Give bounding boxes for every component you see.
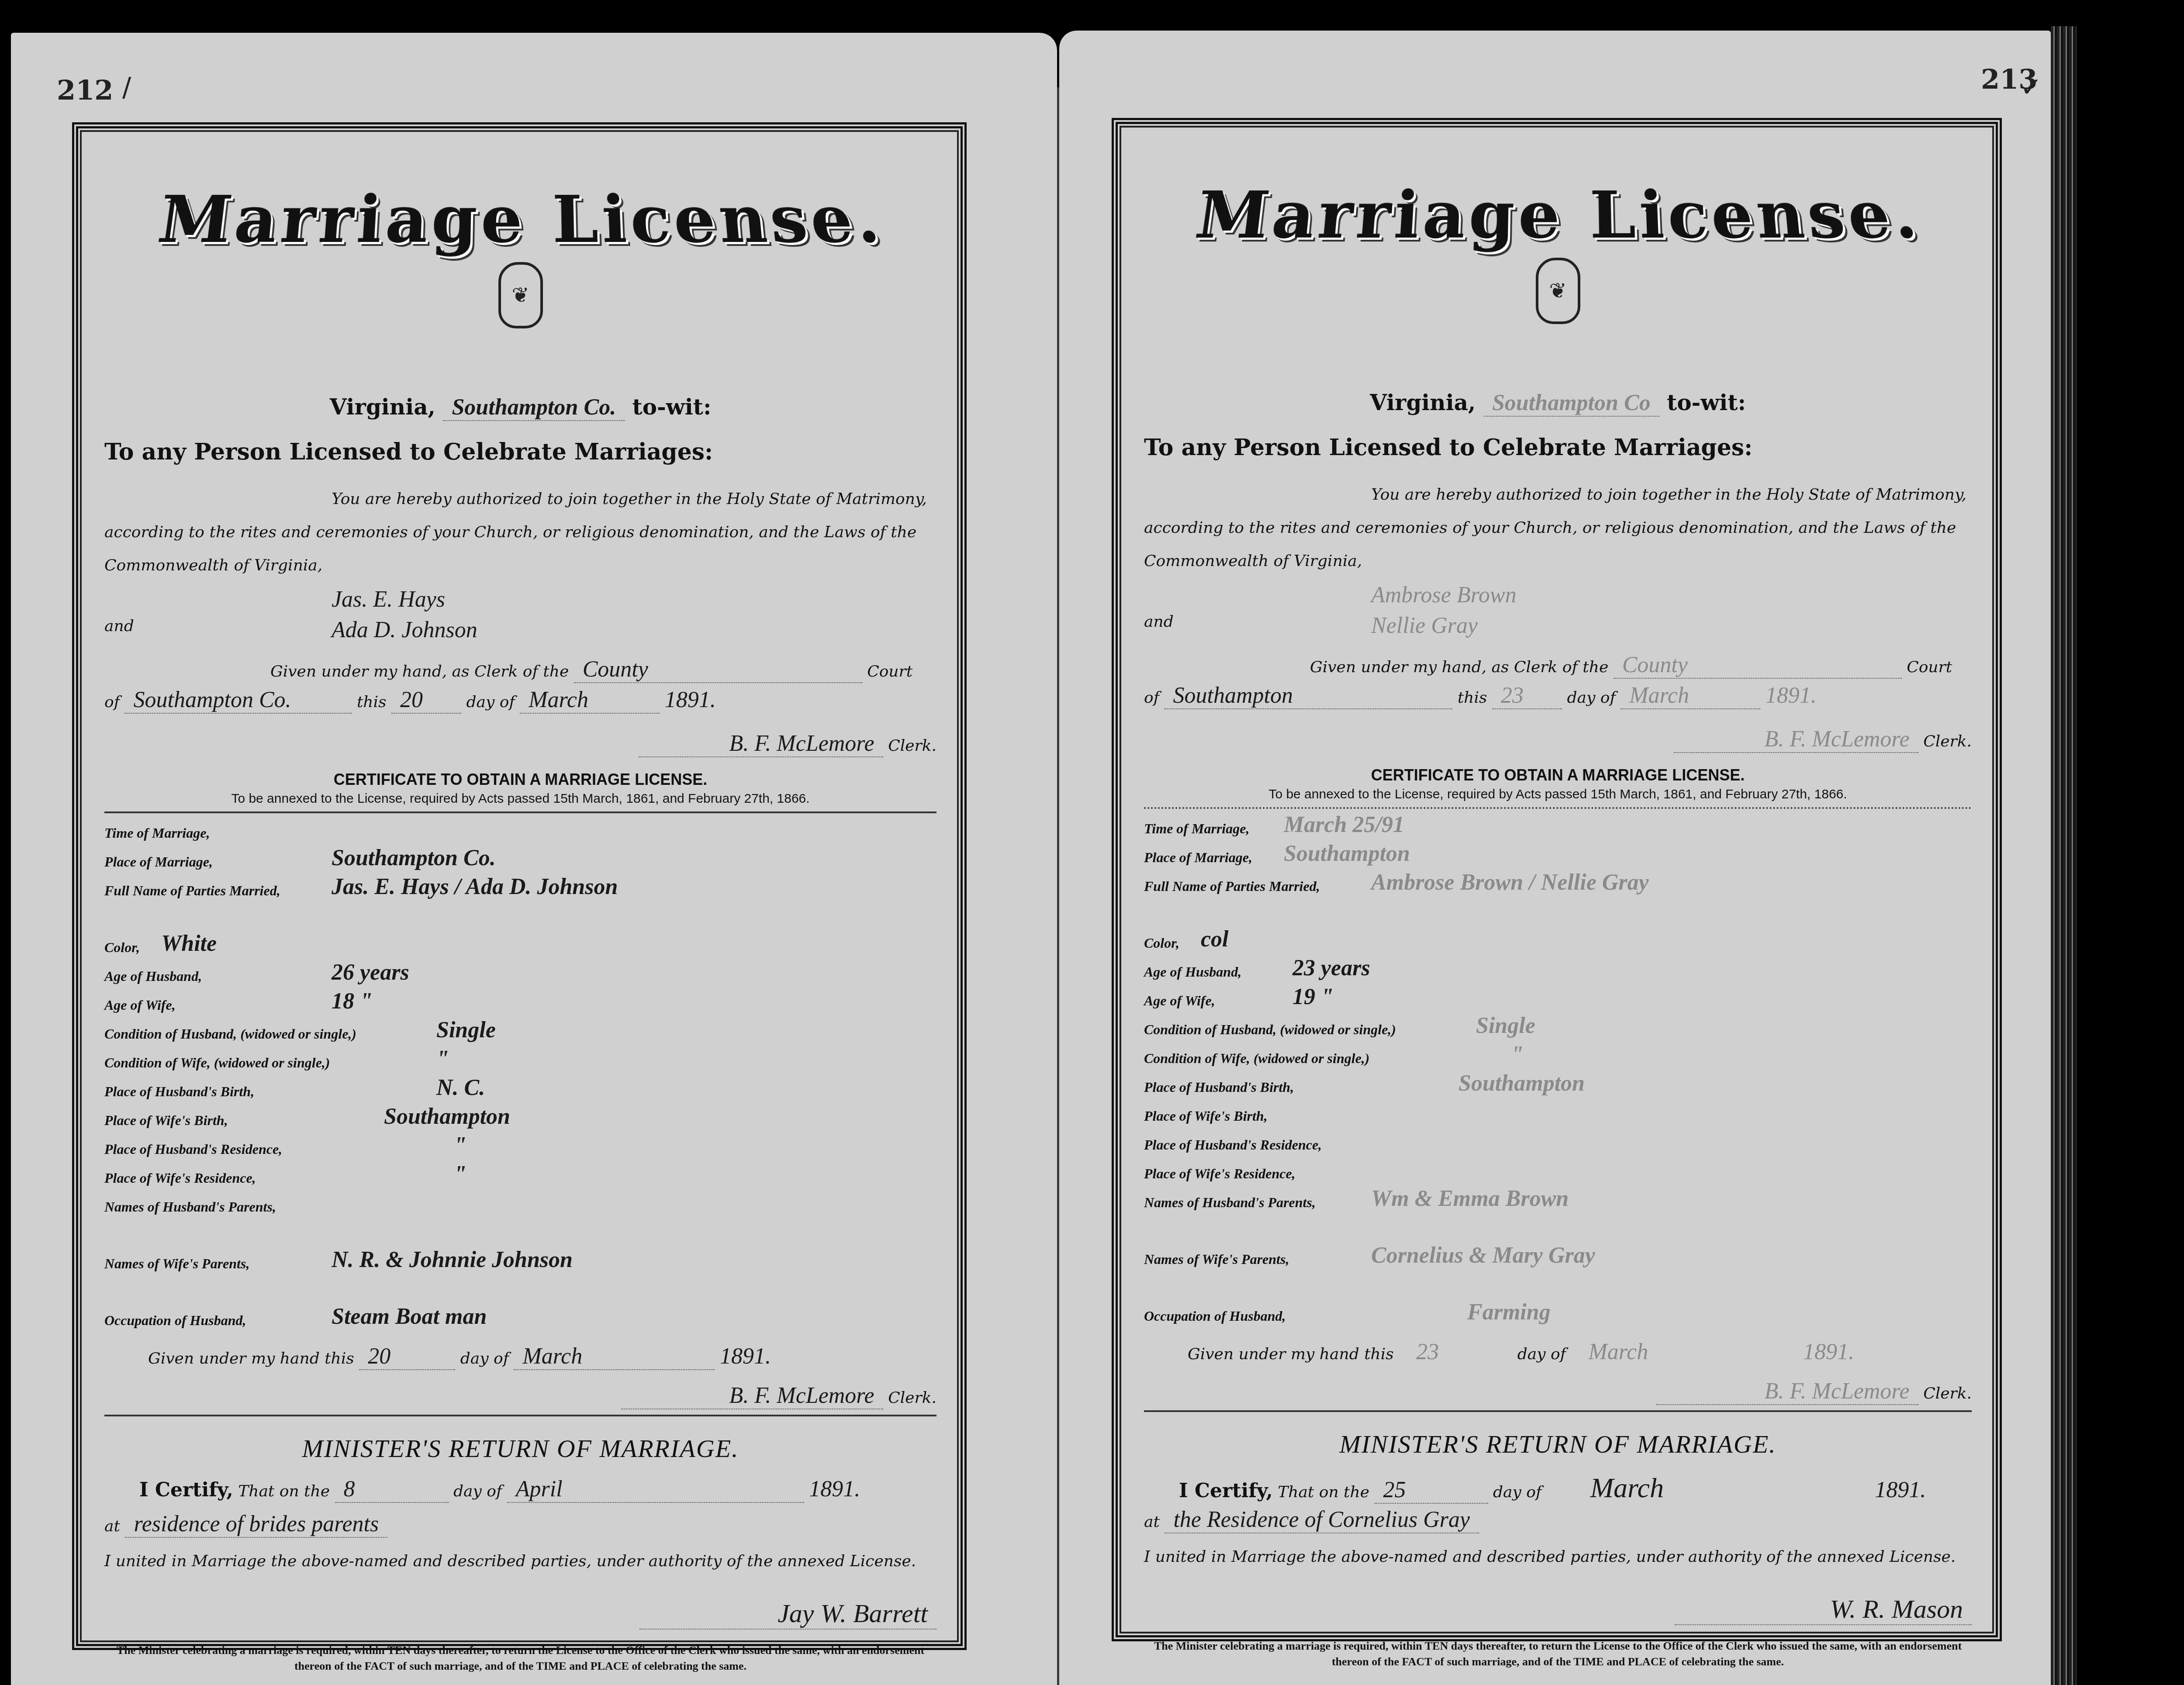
field-label: Names of Husband's Parents,	[104, 1192, 276, 1221]
field-wife-residence: Place of Wife's Residence,	[1144, 1159, 1972, 1188]
field-value: Steam Boat man	[332, 1302, 487, 1331]
place-line: at residence of brides parents	[104, 1511, 936, 1546]
field-value: Cornelius & Mary Gray	[1371, 1241, 1595, 1270]
field-label: Place of Marriage,	[104, 847, 213, 876]
divider	[1144, 807, 1972, 809]
cert-day: 23	[1399, 1339, 1512, 1365]
issue-date-line: of Southampton Co. this 20 day of March …	[104, 687, 936, 722]
this-label: this	[357, 693, 387, 711]
clerk-signature-line: B. F. McLemore Clerk.	[104, 731, 936, 757]
field-label: Full Name of Parties Married,	[104, 876, 280, 905]
field-value: "	[454, 1160, 467, 1189]
field-wife-residence: Place of Wife's Residence,"	[104, 1164, 936, 1192]
license-title: Marriage License.	[98, 182, 943, 258]
certificate-heading: CERTIFICATE TO OBTAIN A MARRIAGE LICENSE…	[104, 770, 936, 789]
cert-given-line: Given under my hand this 20 day of March…	[104, 1343, 936, 1374]
ceremony-place: residence of brides parents	[125, 1511, 387, 1538]
clerk-label: Clerk.	[1923, 732, 1972, 750]
ceremony-month: April	[507, 1476, 804, 1503]
state-line: Virginia, Southampton Co. to-wit:	[104, 394, 936, 421]
cert-month: March	[514, 1343, 715, 1370]
certify-line: I Certify, That on the 25 day of March 1…	[1144, 1472, 1972, 1507]
given-clerk-line: Given under my hand, as Clerk of the Cou…	[1144, 652, 1972, 683]
field-color: Color,White	[104, 933, 936, 962]
field-label: Place of Husband's Residence,	[104, 1135, 282, 1164]
field-value: "	[436, 1045, 449, 1074]
field-value: Jas. E. Hays / Ada D. Johnson	[332, 873, 618, 901]
ceremony-day: 25	[1375, 1477, 1488, 1504]
field-value: col	[1201, 925, 1229, 954]
day-of-label: day of	[1517, 1345, 1566, 1363]
court-label: Court	[1907, 658, 1952, 676]
field-label: Place of Wife's Residence,	[1144, 1159, 1296, 1188]
page-number: 212	[57, 74, 113, 106]
field-label: Age of Wife,	[1144, 986, 1215, 1015]
field-husband-residence: Place of Husband's Residence,	[1144, 1130, 1972, 1159]
of-label: of	[1144, 689, 1159, 707]
court-label: Court	[867, 663, 912, 680]
field-husband-residence: Place of Husband's Residence,"	[104, 1135, 936, 1164]
day-of-label: day of	[1493, 1483, 1541, 1501]
field-value: Southampton	[1284, 839, 1410, 868]
clerk-signature: B. F. McLemore	[621, 1383, 883, 1409]
field-label: Age of Husband,	[1144, 957, 1241, 986]
minister-signature: W. R. Mason	[1675, 1594, 1972, 1625]
field-time-of-marriage: Time of Marriage,	[104, 818, 936, 847]
field-label: Color,	[1144, 929, 1179, 957]
to-wit-label: to-wit:	[632, 394, 712, 420]
field-value: Ambrose Brown / Nellie Gray	[1371, 868, 1649, 897]
cert-year: 1891.	[1803, 1340, 1854, 1364]
right-page: 213 ✓ Marriage License. ❦ Virginia, Sout…	[1059, 31, 2051, 1685]
field-label: Names of Wife's Parents,	[1144, 1245, 1289, 1274]
clerk-signature: B. F. McLemore	[639, 731, 883, 757]
minister-return-heading: MINISTER'S RETURN OF MARRIAGE.	[104, 1434, 936, 1463]
cert-clerk-signature-line: B. F. McLemore Clerk.	[104, 1383, 936, 1409]
field-label: Place of Wife's Birth,	[104, 1106, 228, 1135]
certify-label: I Certify,	[1179, 1480, 1273, 1502]
court-type: County	[574, 656, 862, 683]
field-value: March 25/91	[1284, 811, 1404, 839]
cert-given-line: Given under my hand this 23 day of March…	[1144, 1339, 1972, 1370]
license-title: Marriage License.	[1137, 177, 1978, 253]
license-frame: Marriage License. ❦ Virginia, Southampto…	[72, 122, 967, 1650]
party2-line: and Nellie Gray	[1144, 613, 1972, 643]
that-on-label: That on the	[238, 1482, 330, 1500]
field-value: Single	[1476, 1012, 1535, 1040]
minister-signature: Jay W. Barrett	[639, 1599, 936, 1630]
clerk-label: Clerk.	[888, 737, 936, 755]
minister-footnote: The Minister celebrating a marriage is r…	[1144, 1638, 1972, 1670]
issue-month: March	[1621, 683, 1760, 709]
check-mark: ✓	[2020, 72, 2042, 103]
field-condition-husband: Condition of Husband, (widowed or single…	[104, 1019, 936, 1048]
ceremony-day: 8	[335, 1476, 449, 1503]
field-label: Time of Marriage,	[104, 818, 210, 847]
field-label: Condition of Wife, (widowed or single,)	[1144, 1044, 1369, 1073]
party2-name: Ada D. Johnson	[332, 617, 477, 643]
field-label: Names of Husband's Parents,	[1144, 1188, 1316, 1217]
certificate-fields: Time of Marriage,March 25/91 Place of Ma…	[1144, 814, 1972, 1330]
field-label: Time of Marriage,	[1144, 814, 1249, 843]
cert-day: 20	[359, 1343, 455, 1370]
field-husband-parents: Names of Husband's Parents,	[104, 1192, 936, 1249]
horseshoe-emblem-icon: ❦	[1536, 258, 1580, 324]
field-label: Place of Wife's Birth,	[1144, 1101, 1268, 1130]
field-value: 23 years	[1292, 954, 1370, 983]
to-any-person-heading: To any Person Licensed to Celebrate Marr…	[1144, 434, 1972, 461]
issue-date-line: of Southampton this 23 day of March 1891…	[1144, 683, 1972, 718]
certificate-fields: Time of Marriage, Place of Marriage,Sout…	[104, 818, 936, 1335]
place-line: at the Residence of Cornelius Gray	[1144, 1507, 1972, 1542]
day-of-label: day of	[1567, 689, 1615, 707]
certificate-subheading: To be annexed to the License, required b…	[104, 791, 936, 806]
field-label: Condition of Husband, (widowed or single…	[1144, 1015, 1396, 1044]
field-label: Place of Wife's Residence,	[104, 1164, 256, 1192]
ceremony-place: the Residence of Cornelius Gray	[1165, 1507, 1479, 1533]
field-label: Age of Husband,	[104, 962, 202, 991]
field-value: 26 years	[332, 958, 409, 987]
at-label: at	[1144, 1513, 1160, 1531]
certificate-subheading: To be annexed to the License, required b…	[1144, 787, 1972, 802]
clerk-label: Clerk.	[1923, 1385, 1972, 1402]
field-age-husband: Age of Husband,26 years	[104, 962, 936, 991]
field-color: Color,col	[1144, 929, 1972, 957]
given-text: Given under my hand, as Clerk of the	[1310, 658, 1608, 676]
given-clerk-line: Given under my hand, as Clerk of the Cou…	[104, 656, 936, 687]
field-wife-birth: Place of Wife's Birth,	[1144, 1101, 1972, 1130]
court-type: County	[1614, 652, 1902, 679]
clerk-label: Clerk.	[888, 1389, 936, 1407]
field-value: Farming	[1467, 1298, 1551, 1327]
party1-name: Ambrose Brown	[1371, 582, 1517, 608]
state-line: Virginia, Southampton Co to-wit:	[1144, 390, 1972, 417]
issue-month: March	[520, 687, 660, 714]
certify-label: I Certify,	[139, 1479, 233, 1501]
field-place-of-marriage: Place of Marriage,Southampton	[1144, 843, 1972, 872]
authorization-text: You are hereby authorized to join togeth…	[1144, 478, 1972, 578]
party1-line: Ambrose Brown	[1144, 582, 1972, 613]
field-value: Single	[436, 1016, 496, 1045]
field-label: Age of Wife,	[104, 991, 176, 1019]
check-mark: /	[122, 72, 131, 103]
field-condition-wife: Condition of Wife, (widowed or single,)"	[104, 1048, 936, 1077]
minister-signature-line: Jay W. Barrett	[104, 1599, 936, 1630]
minister-return-heading: MINISTER'S RETURN OF MARRIAGE.	[1144, 1429, 1972, 1459]
divider	[104, 811, 936, 813]
to-wit-label: to-wit:	[1667, 390, 1746, 415]
field-value: Southampton Co.	[332, 844, 496, 873]
field-label: Occupation of Husband,	[104, 1306, 246, 1335]
issue-year: 1891.	[665, 687, 716, 712]
field-husband-parents: Names of Husband's Parents,Wm & Emma Bro…	[1144, 1188, 1972, 1245]
horseshoe-emblem-icon: ❦	[498, 262, 543, 328]
issue-year: 1891.	[1766, 683, 1817, 708]
field-condition-wife: Condition of Wife, (widowed or single,)"	[1144, 1044, 1972, 1073]
field-value: "	[1511, 1040, 1524, 1069]
clerk-signature: B. F. McLemore	[1674, 726, 1918, 753]
field-occupation-husband: Occupation of Husband,Farming	[1144, 1302, 1972, 1330]
day-of-label: day of	[453, 1482, 502, 1500]
field-husband-birth: Place of Husband's Birth,Southampton	[1144, 1073, 1972, 1101]
field-occupation-husband: Occupation of Husband,Steam Boat man	[104, 1306, 936, 1335]
ceremony-year: 1891.	[809, 1477, 860, 1502]
of-label: of	[104, 693, 120, 711]
field-label: Names of Wife's Parents,	[104, 1249, 249, 1278]
party1-name: Jas. E. Hays	[332, 587, 445, 612]
clerk-signature-line: B. F. McLemore Clerk.	[1144, 726, 1972, 753]
and-label: and	[1144, 613, 1174, 631]
county-field: Southampton Co.	[443, 394, 625, 421]
authorization-text: You are hereby authorized to join togeth…	[104, 483, 936, 582]
field-label: Place of Husband's Residence,	[1144, 1130, 1322, 1159]
court-of: Southampton Co.	[124, 687, 352, 714]
to-any-person-heading: To any Person Licensed to Celebrate Marr…	[104, 439, 936, 465]
field-full-names: Full Name of Parties Married,Jas. E. Hay…	[104, 876, 936, 933]
field-label: Condition of Wife, (widowed or single,)	[104, 1048, 330, 1077]
cert-month: March	[1571, 1339, 1798, 1365]
field-wife-parents: Names of Wife's Parents,Cornelius & Mary…	[1144, 1245, 1972, 1302]
license-frame: Marriage License. ❦ Virginia, Southampto…	[1112, 118, 2002, 1641]
field-value: "	[454, 1131, 467, 1160]
field-value: 19 "	[1292, 983, 1334, 1012]
minister-signature-line: W. R. Mason	[1144, 1594, 1972, 1625]
field-label: Full Name of Parties Married,	[1144, 872, 1320, 901]
clerk-signature: B. F. McLemore	[1656, 1378, 1918, 1405]
court-of: Southampton	[1164, 683, 1452, 709]
field-value: Southampton	[1458, 1069, 1585, 1098]
given-text: Given under my hand, as Clerk of the	[270, 663, 569, 680]
field-place-of-marriage: Place of Marriage,Southampton Co.	[104, 847, 936, 876]
ceremony-month: March	[1547, 1472, 1870, 1504]
party1-line: Jas. E. Hays	[104, 587, 936, 617]
field-label: Occupation of Husband,	[1144, 1302, 1286, 1330]
united-text: I united in Marriage the above-named and…	[104, 1546, 936, 1577]
certificate-heading: CERTIFICATE TO OBTAIN A MARRIAGE LICENSE…	[1144, 766, 1972, 784]
party2-name: Nellie Gray	[1371, 613, 1478, 639]
field-husband-birth: Place of Husband's Birth,N. C.	[104, 1077, 936, 1106]
day-of-label: day of	[466, 693, 515, 711]
cert-clerk-signature-line: B. F. McLemore Clerk.	[1144, 1378, 1972, 1405]
given-text: Given under my hand this	[148, 1350, 354, 1367]
given-text: Given under my hand this	[1188, 1345, 1394, 1363]
field-time-of-marriage: Time of Marriage,March 25/91	[1144, 814, 1972, 843]
at-label: at	[104, 1517, 120, 1535]
field-age-wife: Age of Wife,18 "	[104, 991, 936, 1019]
issue-day: 20	[391, 687, 461, 714]
field-wife-parents: Names of Wife's Parents,N. R. & Johnnie …	[104, 1249, 936, 1306]
field-value: 18 "	[332, 987, 373, 1016]
county-field: Southampton Co	[1483, 390, 1659, 417]
field-label: Place of Husband's Birth,	[104, 1077, 254, 1106]
left-page: 212 / Marriage License. ❦ Virginia, Sout…	[11, 33, 1057, 1685]
field-value: Wm & Emma Brown	[1371, 1184, 1569, 1213]
field-value: N. C.	[436, 1074, 485, 1102]
cert-year: 1891.	[720, 1344, 771, 1369]
certify-line: I Certify, That on the 8 day of April 18…	[104, 1476, 936, 1511]
issue-day: 23	[1492, 683, 1562, 709]
field-label: Color,	[104, 933, 140, 962]
united-text: I united in Marriage the above-named and…	[1144, 1542, 1972, 1572]
state-label: Virginia,	[330, 394, 435, 420]
field-wife-birth: Place of Wife's Birth,Southampton	[104, 1106, 936, 1135]
minister-footnote: The Minister celebrating a marriage is r…	[104, 1643, 936, 1674]
field-age-husband: Age of Husband,23 years	[1144, 957, 1972, 986]
page-edges	[2051, 26, 2077, 1685]
this-label: this	[1458, 689, 1487, 707]
and-label: and	[104, 617, 134, 635]
field-value: White	[161, 929, 217, 958]
field-age-wife: Age of Wife,19 "	[1144, 986, 1972, 1015]
ceremony-year: 1891.	[1875, 1478, 1926, 1502]
field-full-names: Full Name of Parties Married,Ambrose Bro…	[1144, 872, 1972, 929]
field-condition-husband: Condition of Husband, (widowed or single…	[1144, 1015, 1972, 1044]
party2-line: and Ada D. Johnson	[104, 617, 936, 648]
that-on-label: That on the	[1278, 1483, 1369, 1501]
field-label: Place of Husband's Birth,	[1144, 1073, 1294, 1101]
field-value: Southampton	[384, 1102, 510, 1131]
field-label: Place of Marriage,	[1144, 843, 1252, 872]
divider	[1144, 1410, 1972, 1412]
divider	[104, 1415, 936, 1416]
field-value: N. R. & Johnnie Johnson	[332, 1246, 573, 1274]
day-of-label: day of	[460, 1350, 509, 1367]
field-label: Condition of Husband, (widowed or single…	[104, 1019, 356, 1048]
state-label: Virginia,	[1370, 390, 1476, 415]
